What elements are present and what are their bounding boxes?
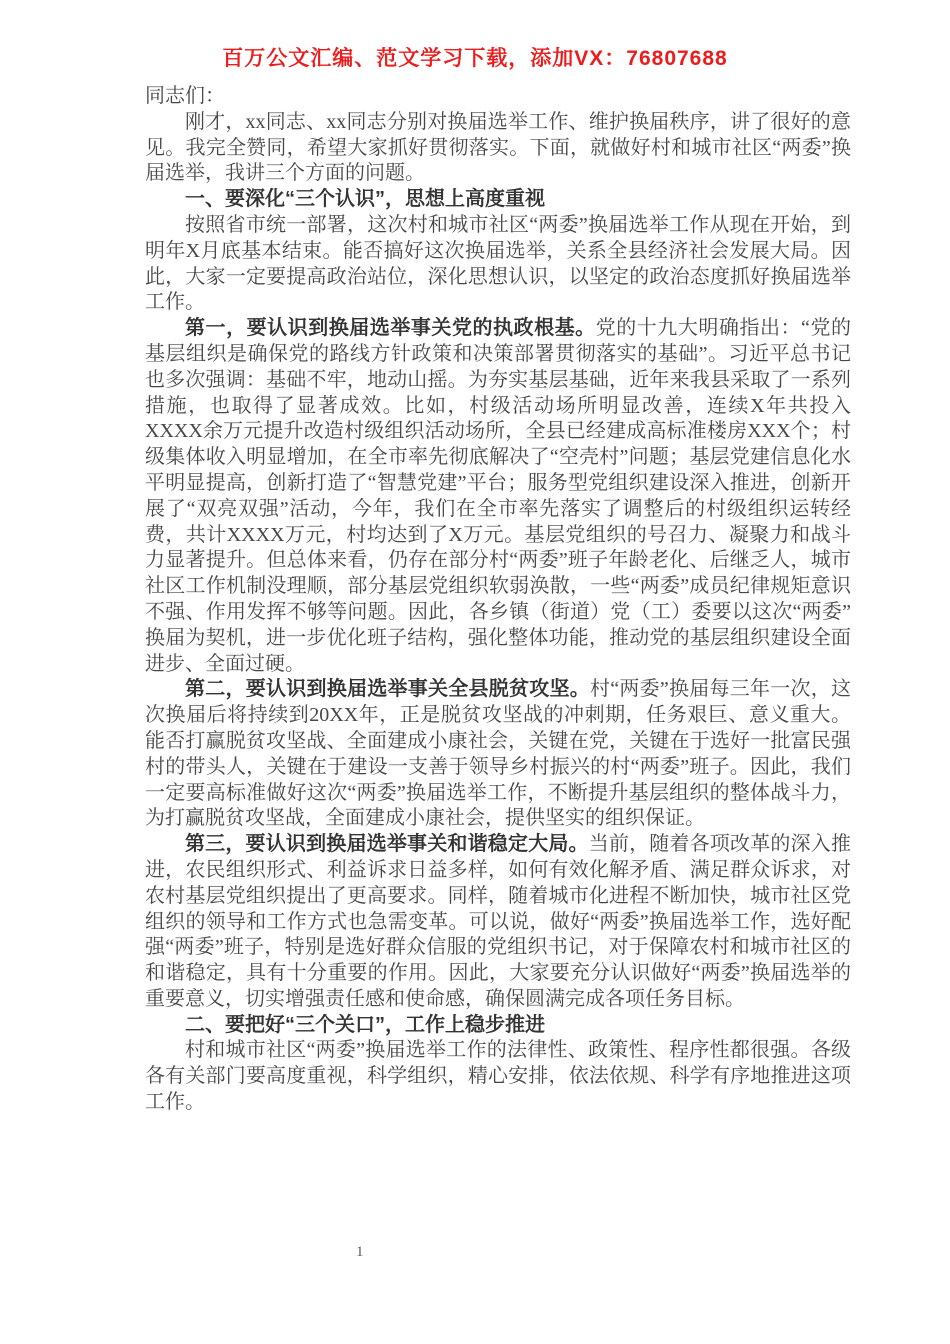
section-heading-2: 二、要把好“三个关口”，工作上稳步推进 [145,1013,851,1039]
paragraph-point-2-text: 村“两委”换届每三年一次，这次换届后将持续到20XX年，正是脱贫攻坚战的冲刺期，… [145,678,851,829]
document-body: 同志们： 刚才，xx同志、xx同志分别对换届选举工作、维护换届秩序，讲了很好的意… [145,84,851,1116]
paragraph-point-2: 第二，要认识到换届选举事关全县脱贫攻坚。村“两委”换届每三年一次，这次换届后将持… [145,677,851,832]
paragraph-point-3-lead: 第三，要认识到换届选举事关和谐稳定大局。 [185,833,589,855]
salutation: 同志们： [145,84,851,110]
paragraph-point-2-lead: 第二，要认识到换届选举事关全县脱贫攻坚。 [185,678,590,700]
paragraph-point-3-text: 当前，随着各项改革的深入推进，农民组织形式、利益诉求日益多样，如何有效化解矛盾、… [145,833,851,1010]
paragraph-section1-intro: 按照省市统一部署，这次村和城市社区“两委”换届选举工作从现在开始，到明年X月底基… [145,213,851,316]
paragraph-point-1-text: 党的十九大明确指出：“党的基层组织是确保党的路线方针政策和决策部署贯彻落实的基础… [145,317,851,674]
document-page: 百万公文汇编、范文学习下载，添加VX：76807688 同志们： 刚才，xx同志… [0,0,950,1344]
paragraph-point-3: 第三，要认识到换届选举事关和谐稳定大局。当前，随着各项改革的深入推进，农民组织形… [145,832,851,1013]
section-heading-1: 一、要深化“三个认识”，思想上高度重视 [145,187,851,213]
paragraph-opening: 刚才，xx同志、xx同志分别对换届选举工作、维护换届秩序，讲了很好的意见。我完全… [145,110,851,187]
paragraph-section2-intro: 村和城市社区“两委”换届选举工作的法律性、政策性、程序性都很强。各级各有关部门要… [145,1038,851,1115]
ad-banner-text: 百万公文汇编、范文学习下载，添加VX：76807688 [0,42,950,72]
paragraph-point-1-lead: 第一，要认识到换届选举事关党的执政根基。 [185,317,596,339]
page-number: 1 [356,1244,364,1261]
paragraph-point-1: 第一，要认识到换届选举事关党的执政根基。党的十九大明确指出：“党的基层组织是确保… [145,316,851,677]
